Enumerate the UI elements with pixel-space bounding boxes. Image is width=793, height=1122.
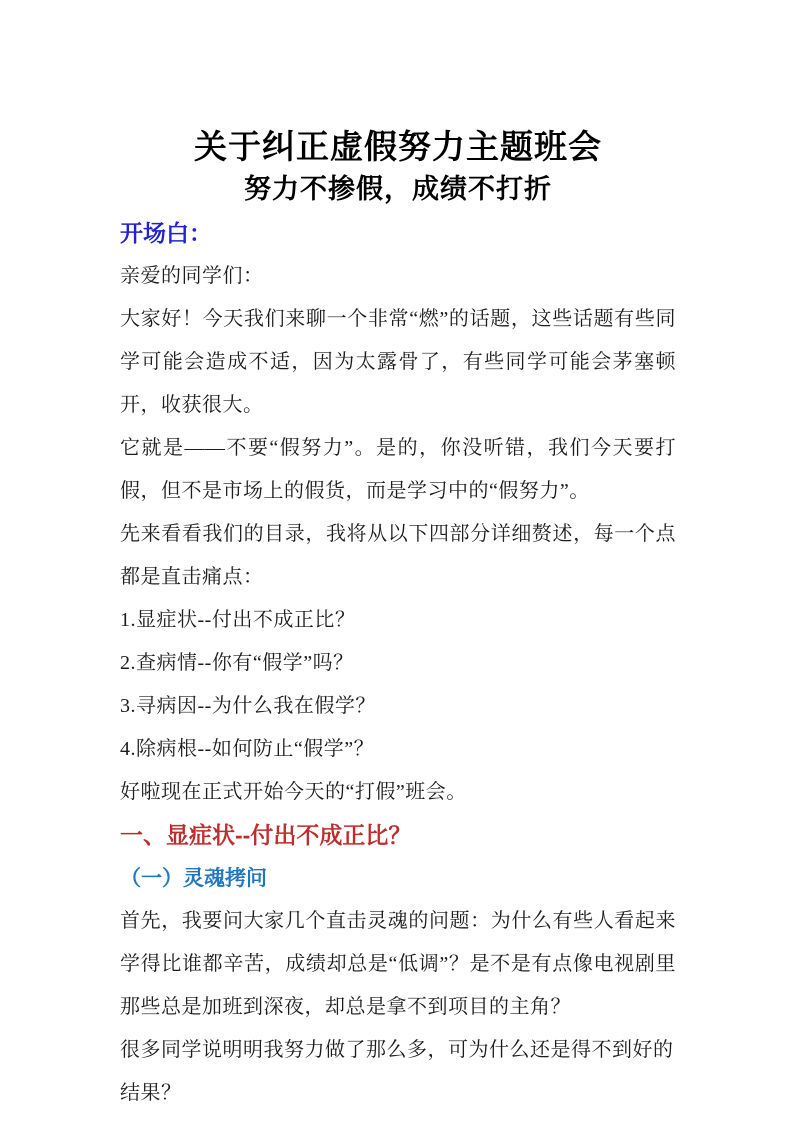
opening-heading: 开场白：	[120, 212, 676, 255]
subsection-1-1-paragraph-2: 很多同学说明明我努力做了那么多，可为什么还是得不到好的结果？	[120, 1029, 676, 1115]
opening-salutation: 亲爱的同学们：	[120, 255, 676, 298]
agenda-item-1: 1.显症状--付出不成正比？	[120, 599, 676, 642]
subsection-1-1-heading: （一）灵魂拷问	[120, 857, 676, 900]
agenda-item-3: 3.寻病因--为什么我在假学？	[120, 685, 676, 728]
opening-paragraph-intro: 大家好！今天我们来聊一个非常“燃”的话题，这些话题有些同学可能会造成不适，因为太…	[120, 298, 676, 427]
opening-paragraph-agenda-lead: 先来看看我们的目录，我将从以下四部分详细赘述，每一个点都是直击痛点：	[120, 513, 676, 599]
document-title: 关于纠正虚假努力主题班会	[120, 126, 676, 170]
opening-paragraph-closing: 好啦现在正式开始今天的“打假”班会。	[120, 771, 676, 814]
document-subtitle: 努力不掺假，成绩不打折	[120, 170, 676, 208]
agenda-item-4: 4.除病根--如何防止“假学”？	[120, 728, 676, 771]
agenda-item-2: 2.查病情--你有“假学”吗？	[120, 642, 676, 685]
subsection-1-1-paragraph-1: 首先，我要问大家几个直击灵魂的问题：为什么有些人看起来学得比谁都辛苦，成绩却总是…	[120, 900, 676, 1029]
document-page: 关于纠正虚假努力主题班会 努力不掺假，成绩不打折 开场白： 亲爱的同学们： 大家…	[0, 0, 793, 1122]
section-1-heading: 一、显症状--付出不成正比？	[120, 814, 676, 857]
opening-paragraph-topic: 它就是——不要“假努力”。是的，你没听错，我们今天要打假，但不是市场上的假货，而…	[120, 427, 676, 513]
